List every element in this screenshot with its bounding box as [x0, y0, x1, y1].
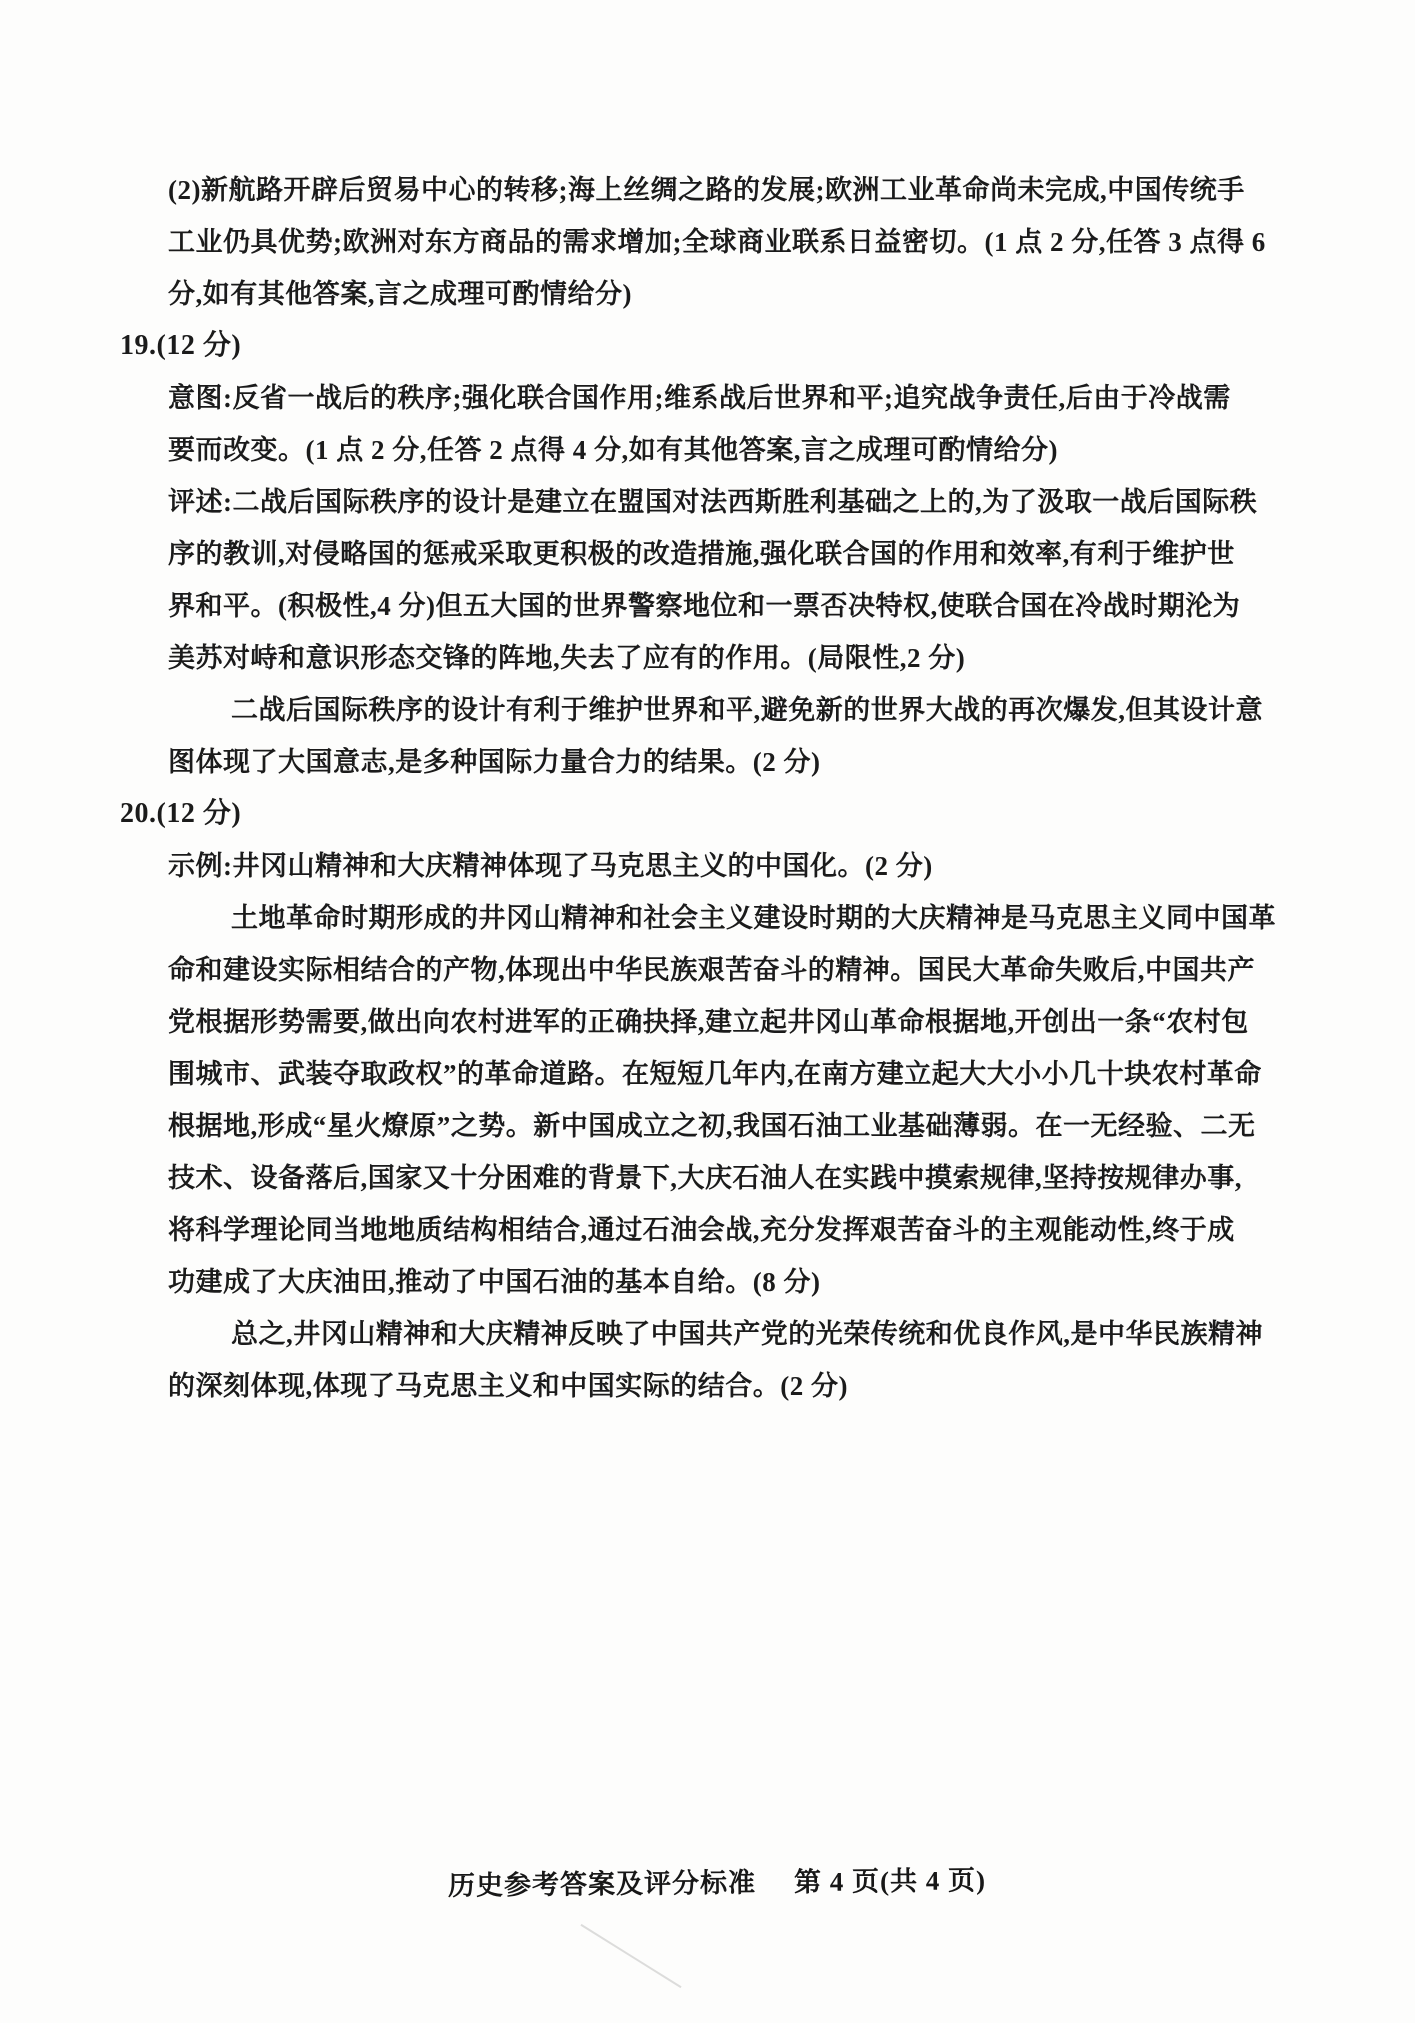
- answer-line: 土地革命时期形成的井冈山精神和社会主义建设时期的大庆精神是马克思主义同中国革: [0, 892, 1415, 944]
- question-20-number: 20.(12 分): [0, 788, 1415, 840]
- answer-line: 意图:反省一战后的秩序;强化联合国作用;维系战后世界和平;追究战争责任,后由于冷…: [0, 372, 1415, 424]
- answer-line: 党根据形势需要,做出向农村进军的正确抉择,建立起井冈山革命根据地,开创出一条“农…: [0, 996, 1415, 1048]
- answer-line: 将科学理论同当地地质结构相结合,通过石油会战,充分发挥艰苦奋斗的主观能动性,终于…: [0, 1204, 1415, 1256]
- answer-line: 要而改变。(1 点 2 分,任答 2 点得 4 分,如有其他答案,言之成理可酌情…: [0, 424, 1415, 476]
- answer-line: 界和平。(积极性,4 分)但五大国的世界警察地位和一票否决特权,使联合国在冷战时…: [0, 580, 1415, 632]
- footer-doc-title: 历史参考答案及评分标准: [448, 1868, 756, 1901]
- answer-line: 根据地,形成“星火燎原”之势。新中国成立之初,我国石油工业基础薄弱。在一无经验、…: [0, 1100, 1415, 1152]
- page-footer: 历史参考答案及评分标准第 4 页(共 4 页): [448, 1854, 986, 1912]
- answer-line: 分,如有其他答案,言之成理可酌情给分): [0, 268, 1415, 320]
- answer-line: 功建成了大庆油田,推动了中国石油的基本自给。(8 分): [0, 1256, 1415, 1308]
- answer-line: 工业仍具优势;欧洲对东方商品的需求增加;全球商业联系日益密切。(1 点 2 分,…: [0, 216, 1415, 268]
- answer-line: 技术、设备落后,国家又十分困难的背景下,大庆石油人在实践中摸索规律,坚持按规律办…: [0, 1152, 1415, 1204]
- answer-line: 二战后国际秩序的设计有利于维护世界和平,避免新的世界大战的再次爆发,但其设计意: [0, 684, 1415, 736]
- answer-text-block: (2)新航路开辟后贸易中心的转移;海上丝绸之路的发展;欧洲工业革命尚未完成,中国…: [0, 164, 1415, 1412]
- scan-artifact-line: [580, 1924, 681, 1988]
- answer-line: 总之,井冈山精神和大庆精神反映了中国共产党的光荣传统和优良作风,是中华民族精神: [0, 1308, 1415, 1360]
- question-19-number: 19.(12 分): [0, 320, 1415, 372]
- answer-line: 命和建设实际相结合的产物,体现出中华民族艰苦奋斗的精神。国民大革命失败后,中国共…: [0, 944, 1415, 996]
- footer-page-indicator: 第 4 页(共 4 页): [794, 1865, 986, 1897]
- answer-line: 美苏对峙和意识形态交锋的阵地,失去了应有的作用。(局限性,2 分): [0, 632, 1415, 684]
- answer-line: 评述:二战后国际秩序的设计是建立在盟国对法西斯胜利基础之上的,为了汲取一战后国际…: [0, 476, 1415, 528]
- answer-line: (2)新航路开辟后贸易中心的转移;海上丝绸之路的发展;欧洲工业革命尚未完成,中国…: [0, 164, 1415, 216]
- answer-line: 围城市、武装夺取政权”的革命道路。在短短几年内,在南方建立起大大小小几十块农村革…: [0, 1048, 1415, 1100]
- answer-line: 的深刻体现,体现了马克思主义和中国实际的结合。(2 分): [0, 1360, 1415, 1412]
- answer-line: 序的教训,对侵略国的惩戒采取更积极的改造措施,强化联合国的作用和效率,有利于维护…: [0, 528, 1415, 580]
- answer-line: 图体现了大国意志,是多种国际力量合力的结果。(2 分): [0, 736, 1415, 788]
- scanned-answer-page: (2)新航路开辟后贸易中心的转移;海上丝绸之路的发展;欧洲工业革命尚未完成,中国…: [0, 0, 1415, 2023]
- answer-line: 示例:井冈山精神和大庆精神体现了马克思主义的中国化。(2 分): [0, 840, 1415, 892]
